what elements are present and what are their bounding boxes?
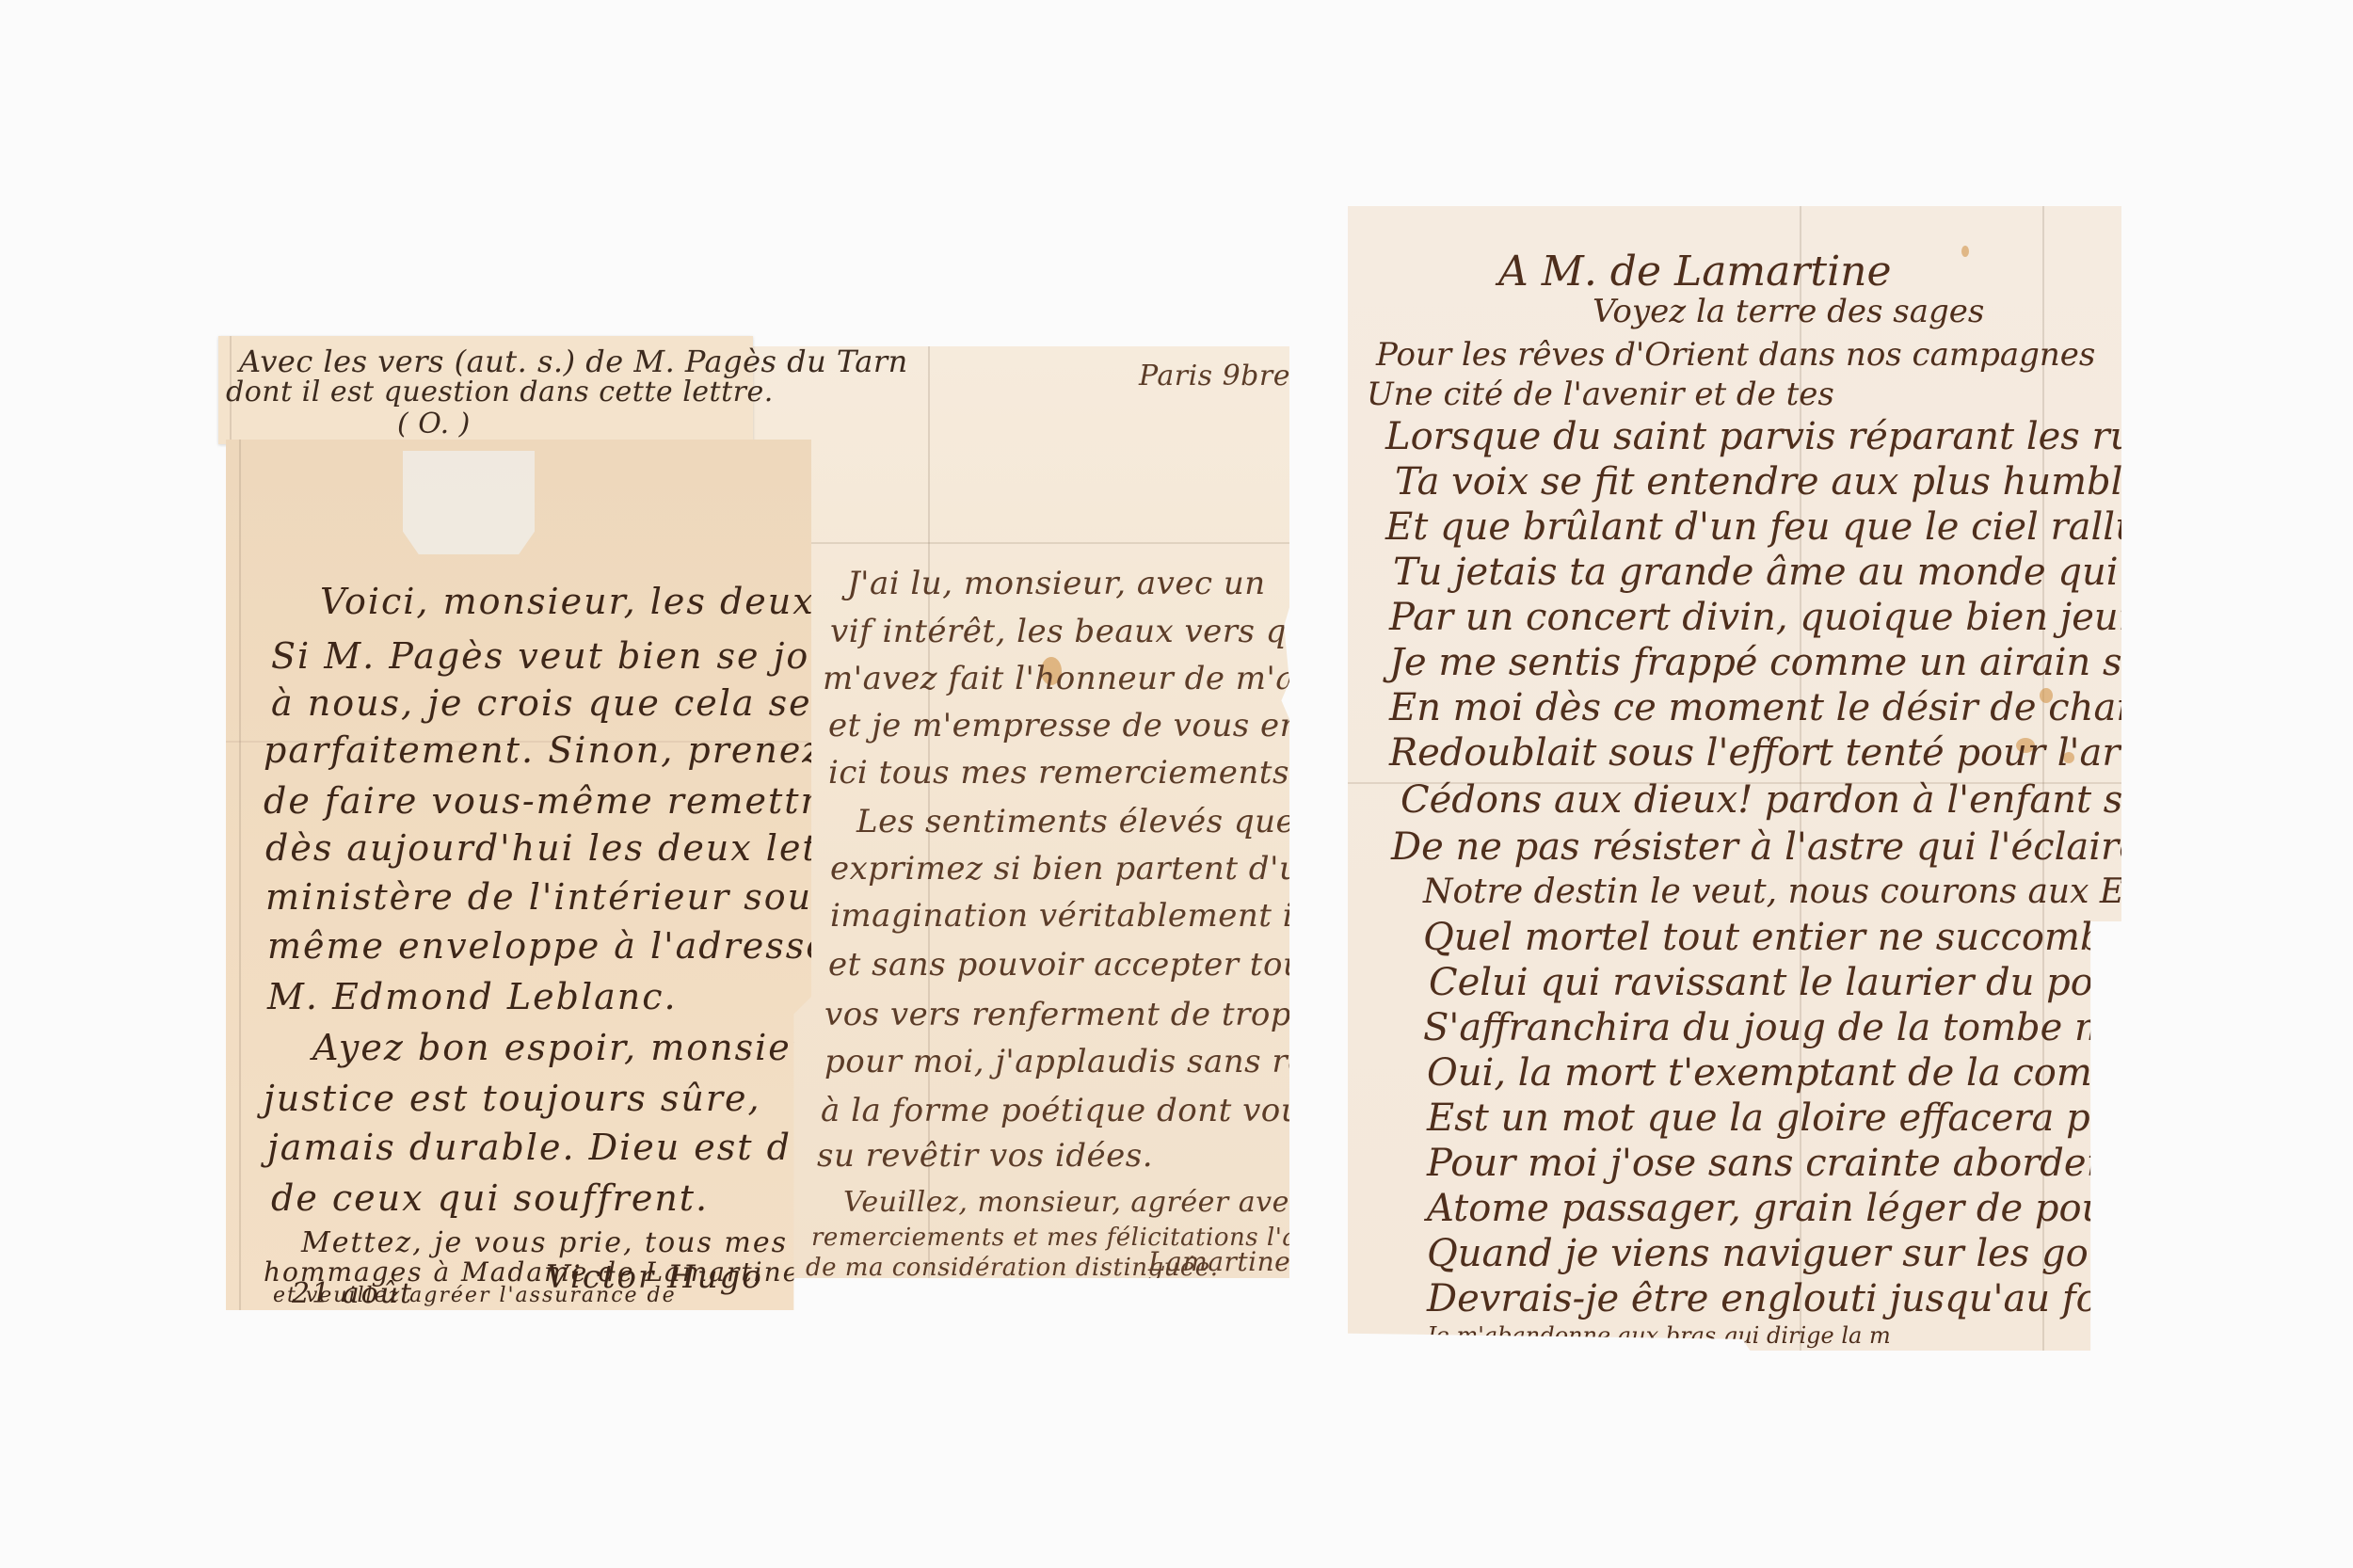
slip-line: Avec les vers (aut. s.) de M. Pagès du T… [239,344,908,379]
slip-initials: ( O. ) [397,408,471,440]
seal-mark [403,451,535,554]
ode-manuscript: Voyez la terre des sages Pour les rêves … [1348,206,2121,1351]
letter-line: justice est toujours sûre, [264,1078,761,1119]
verse-line: Atome passager, grain léger de poussière [1427,1187,2219,1230]
verse-line: De ne pas résister à l'astre qui l'éclai… [1391,825,2153,869]
victor-hugo-letter: Voici, monsieur, les deux lettres. Si M.… [226,440,811,1310]
dateline: Paris 9bre 1840. [1139,360,1383,392]
letter-line: ici tous mes remerciements. [828,754,1300,792]
verse-line: Notre destin le veut, nous courons aux E… [1423,872,2240,911]
verse-line: Devrais-je être englouti jusqu'au fond d… [1427,1277,2225,1320]
letter-line: m'avez fait l'honneur de m'adresser, [823,660,1428,697]
bleed-through-text: Voyez la terre des sages [1593,293,1984,330]
letter-line: vos vers renferment de trop flatteur [824,996,1428,1033]
signature-victor-hugo: Victor Hugo [546,1258,763,1296]
letter-line: à nous, je crois que cela serait [271,682,884,724]
verse-line: Cédons aux dieux! pardon à l'enfant soli… [1401,778,2259,822]
verse-line: Lorsque du saint parvis réparant les rui… [1385,415,2212,458]
verse-line: Est un mot que la gloire effacera pour t… [1427,1096,2217,1140]
letter-line: exprimez si bien partent d'une [830,850,1340,888]
letter-line: Mettez, je vous prie, tous mes [301,1226,788,1259]
ode-title: A M. de Lamartine [1498,248,1892,296]
verse-line: Quand je viens naviguer sur les gouffres [1427,1232,2199,1275]
verse-line: Quel mortel tout entier ne succombera pa… [1423,916,2265,959]
letter-line: de faire vous-même remettre [264,780,842,822]
letter-line: M. Edmond Leblanc. [267,976,678,1017]
verse-line: Redoublait sous l'effort tenté pour l'ar… [1389,731,2223,775]
letter-line: Veuillez, monsieur, agréer avec mes [843,1186,1374,1219]
foxing-stain [1961,246,1969,257]
verse-line: Par un concert divin, quoique bien jeune… [1389,596,2308,639]
letter-line: remerciements et mes félicitations l'ass… [811,1224,1412,1252]
verse-line: Oui, la mort t'exemptant de la commune l… [1427,1051,2257,1095]
letter-line: su revêtir vos idées. [817,1137,1153,1175]
slip-line: dont il est question dans cette lettre. [226,376,774,408]
verse-line: Ta voix se fit entendre aux plus humbles… [1395,460,2322,504]
letter-line: imagination véritablement inspirée; [830,897,1429,935]
verse-line: En moi dès ce moment le désir de chanter [1389,686,2196,729]
bleed-through-text: Une cité de l'avenir et de tes [1367,376,1834,413]
letter-line: et sans pouvoir accepter tout ce que [828,946,1438,984]
letter-line: même enveloppe à l'adresse de [267,925,890,967]
lamartine-letter: Paris 9bre 1840. J'ai lu, monsieur, avec… [753,346,1289,1278]
fold-crease [753,542,1289,544]
letter-line: ministère de l'intérieur sous la [265,876,882,918]
letter-line: vif intérêt, les beaux vers que vous [830,613,1414,650]
letter-line: et je m'empresse de vous en offrir [828,707,1398,744]
letter-line: J'ai lu, monsieur, avec un [847,565,1266,602]
verse-line: Tu jetais ta grande âme au monde qui l'a… [1393,551,2272,594]
letter-line: Les sentiments élevés que vous [856,803,1382,840]
signature-lamartine: Lamartine [1148,1246,1290,1277]
letter-line: pour moi, j'applaudis sans réserve [824,1043,1397,1080]
fold-crease [239,440,241,1310]
verse-line: Celui qui ravissant le laurier du poète [1429,961,2153,1004]
bleed-through-text: Pour les rêves d'Orient dans nos campagn… [1376,336,2095,374]
verse-line: Je m'abandonne aux bras qui dirige la m [1427,1322,1891,1349]
verse-line: Je me sentis frappé comme un airain sono… [1389,641,2232,684]
foxing-stain [1064,1288,1090,1299]
verse-line: S'affranchira du joug de la tombe muette [1423,1006,2209,1049]
letter-line: à la forme poétique dont vous avez [821,1092,1404,1129]
letter-date: 21 août [292,1277,413,1310]
letter-line: de ceux qui souffrent. [271,1177,709,1219]
verse-line: Pour moi j'ose sans crainte aborder ta c… [1427,1142,2320,1185]
verse-line: Et que brûlant d'un feu que le ciel rall… [1385,505,2224,549]
provenance-slip: Avec les vers (aut. s.) de M. Pagès du T… [218,336,753,444]
